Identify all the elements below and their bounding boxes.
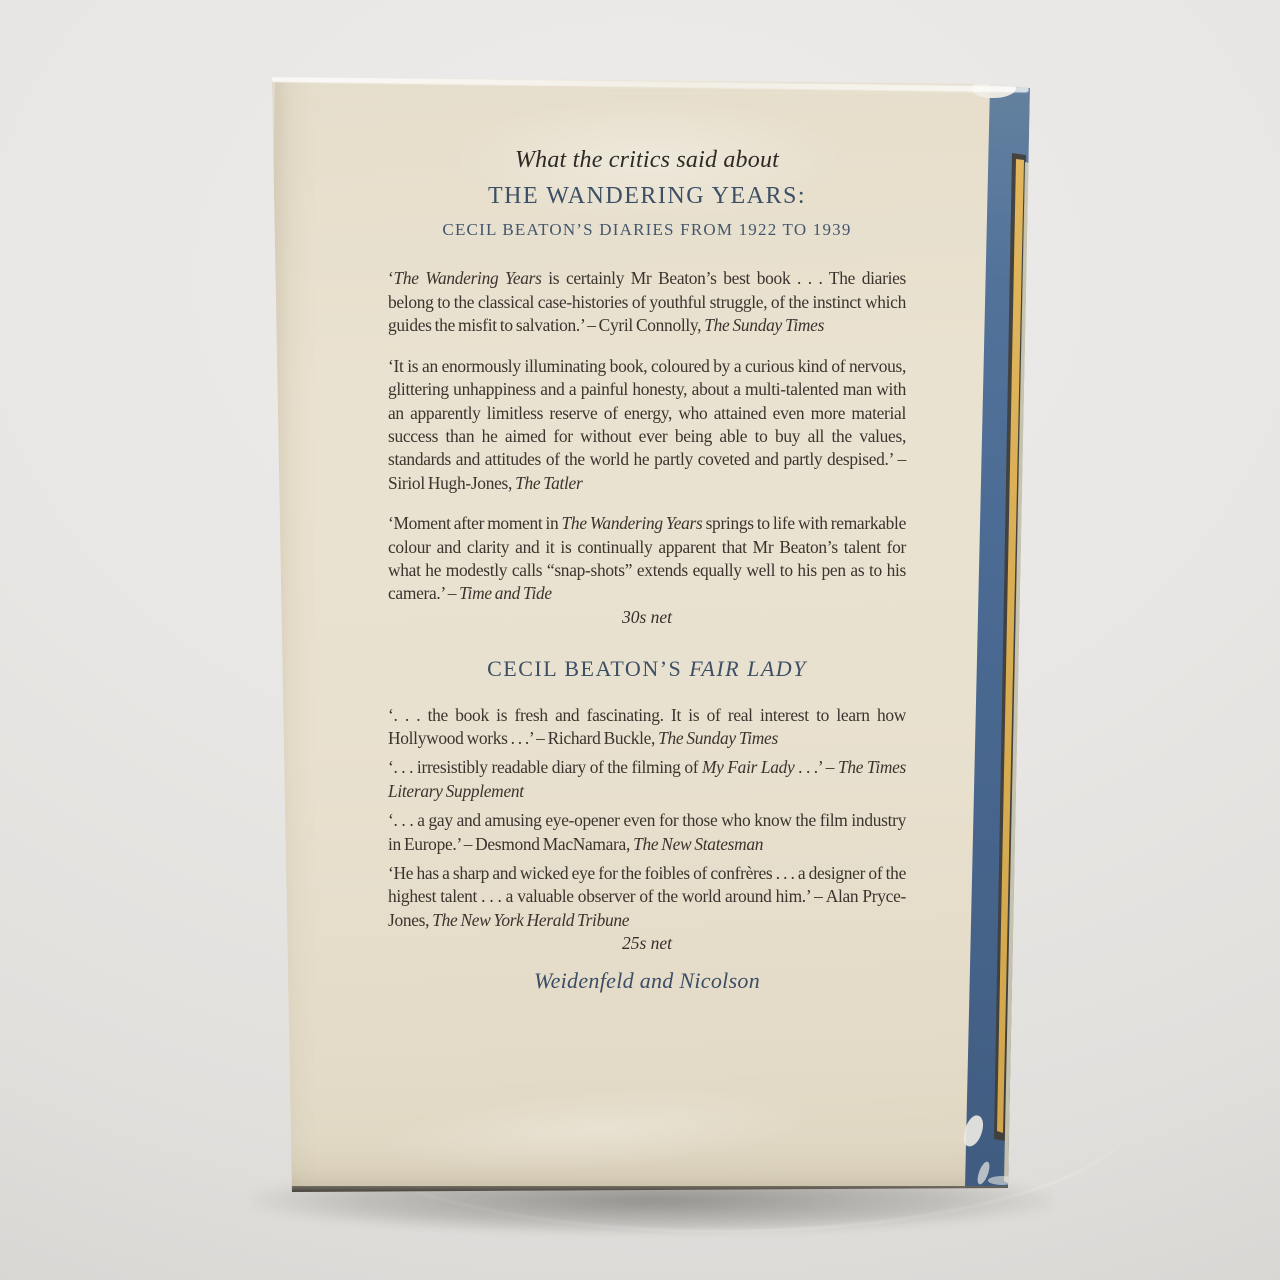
publisher-name: Weidenfeld and Nicolson	[388, 968, 906, 994]
price-30s-net: 30s net	[388, 606, 906, 629]
wandering-years-title: THE WANDERING YEARS:	[388, 182, 906, 211]
quote-segment: . . .’ –	[794, 757, 838, 777]
book-title-italic: My Fair Lady	[702, 757, 794, 777]
plastic-edge-highlight	[253, 78, 275, 1190]
heading-italic-segment: FAIR LADY	[689, 656, 807, 681]
heading-roman-segment: CECIL BEATON’S	[487, 656, 689, 681]
jacket-text-block: What the critics said about THE WANDERIN…	[388, 147, 906, 994]
price-25s-net: 25s net	[388, 932, 906, 955]
review-quote-connolly: ‘The Wandering Years is certainly Mr Bea…	[388, 267, 906, 337]
quote-source-italic: The Tatler	[515, 473, 582, 493]
quote-segment: ‘Moment after moment in	[388, 513, 562, 533]
quote-segment: ‘. . . the book is fresh and fascinating…	[388, 705, 906, 748]
review-quote-hugh-jones: ‘It is an enormously illuminating book, …	[388, 355, 906, 495]
quote-source-italic: The New York Herald Tribune	[432, 910, 629, 930]
critics-intro: What the critics said about	[388, 147, 906, 175]
book-title-italic: The Wandering Years	[562, 513, 703, 533]
review-quote-time-and-tide: ‘Moment after moment in The Wandering Ye…	[388, 512, 906, 606]
quote-source-italic: Time and Tide	[459, 583, 552, 603]
review-quote-macnamara: ‘. . . a gay and amusing eye-opener even…	[388, 809, 906, 856]
book-title-italic: The Wandering Years	[394, 268, 542, 288]
review-quote-tls: ‘. . . irresistibly readable diary of th…	[388, 756, 906, 803]
quote-segment: ‘. . . irresistibly readable diary of th…	[388, 757, 702, 777]
wandering-years-subtitle: CECIL BEATON’S DIARIES FROM 1922 TO 1939	[388, 219, 906, 241]
quote-source-italic: The Sunday Times	[658, 728, 778, 748]
quote-segment: ‘It is an enormously illuminating book, …	[388, 356, 906, 493]
quote-source-italic: The Sunday Times	[704, 315, 824, 335]
review-quote-pryce-jones: ‘He has a sharp and wicked eye for the f…	[388, 862, 906, 932]
quote-source-italic: The New Statesman	[633, 834, 763, 854]
book-back-cover: What the critics said about THE WANDERIN…	[268, 75, 1034, 1195]
fair-lady-heading: CECIL BEATON’S FAIR LADY	[388, 656, 906, 682]
review-quote-buckle: ‘. . . the book is fresh and fascinating…	[388, 704, 906, 751]
studio-background: What the critics said about THE WANDERIN…	[0, 0, 1280, 1280]
